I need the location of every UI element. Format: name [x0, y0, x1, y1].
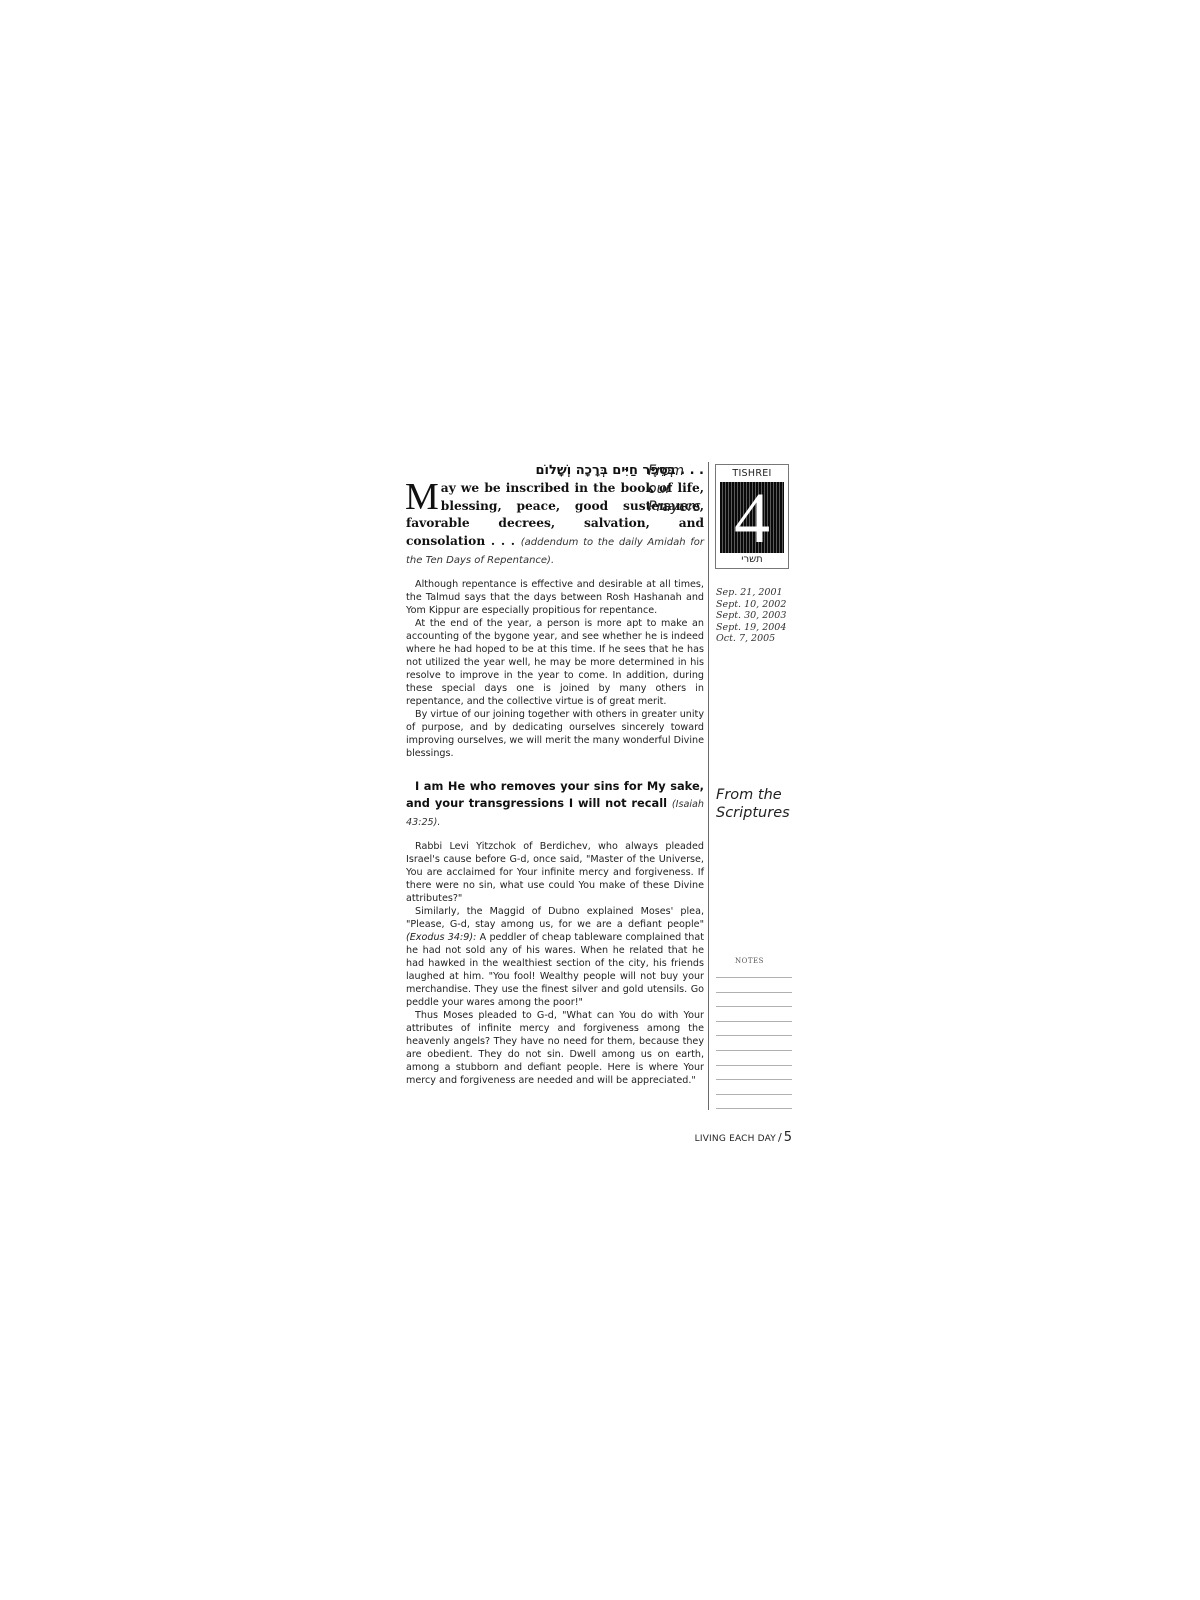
hebrew-month-label: תשרי [716, 553, 788, 567]
notes-line [716, 992, 792, 993]
paragraph: Thus Moses pleaded to G-d, "What can You… [406, 1009, 704, 1087]
drop-cap: M [405, 482, 439, 512]
paragraph: Although repentance is effective and des… [406, 578, 704, 617]
date-item: Sep. 21, 2001 [716, 587, 786, 599]
page-number: 5 [784, 1130, 792, 1145]
side-heading-prayers: From our Prayers [648, 462, 708, 516]
notes-line [716, 1035, 792, 1036]
notes-line [716, 1021, 792, 1022]
date-box: TISHREI 4 תשרי [715, 464, 789, 569]
main-column: בְּסֵפֶר חַיִּים בְּרָכָה וְשָׁלוֹם . . … [406, 462, 704, 1087]
paragraph: Rabbi Levi Yitzchok of Berdichev, who al… [406, 840, 704, 905]
day-number: 4 [720, 478, 784, 558]
date-item: Sept. 19, 2004 [716, 622, 786, 634]
book-title: LIVING EACH DAY [695, 1134, 776, 1144]
date-item: Oct. 7, 2005 [716, 633, 786, 645]
side-heading-scriptures: From the Scriptures [716, 786, 806, 822]
paragraph: By virtue of our joining together with o… [406, 708, 704, 760]
scripture-verse: I am He who removes your sins for My sak… [406, 778, 704, 831]
footer-separator: / [778, 1131, 782, 1144]
paragraph: Similarly, the Maggid of Dubno explained… [406, 905, 704, 1009]
gregorian-dates: Sep. 21, 2001 Sept. 10, 2002 Sept. 30, 2… [716, 587, 786, 645]
notes-line [716, 1006, 792, 1007]
notes-line [716, 977, 792, 978]
exodus-citation: (Exodus 34:9): [406, 932, 476, 943]
reflection-scriptures: Rabbi Levi Yitzchok of Berdichev, who al… [406, 840, 704, 1087]
notes-line [716, 1065, 792, 1066]
date-item: Sept. 30, 2003 [716, 610, 786, 622]
verse-text: I am He who removes your sins for My sak… [406, 779, 704, 810]
reflection-prayers: Although repentance is effective and des… [406, 578, 704, 760]
paragraph-start: Similarly, the Maggid of Dubno explained… [406, 906, 704, 930]
notes-line [716, 1094, 792, 1095]
day-number-block: 4 [720, 482, 784, 553]
date-item: Sept. 10, 2002 [716, 599, 786, 611]
paragraph: At the end of the year, a person is more… [406, 617, 704, 708]
column-divider [708, 462, 709, 1110]
notes-line [716, 1079, 792, 1080]
book-page: בְּסֵפֶר חַיִּים בְּרָכָה וְשָׁלוֹם . . … [0, 0, 1200, 1600]
notes-label: NOTES [735, 957, 764, 965]
notes-lines [716, 977, 792, 1123]
page-footer: LIVING EACH DAY/5 [695, 1126, 792, 1145]
notes-line [716, 1108, 792, 1109]
notes-line [716, 1050, 792, 1051]
